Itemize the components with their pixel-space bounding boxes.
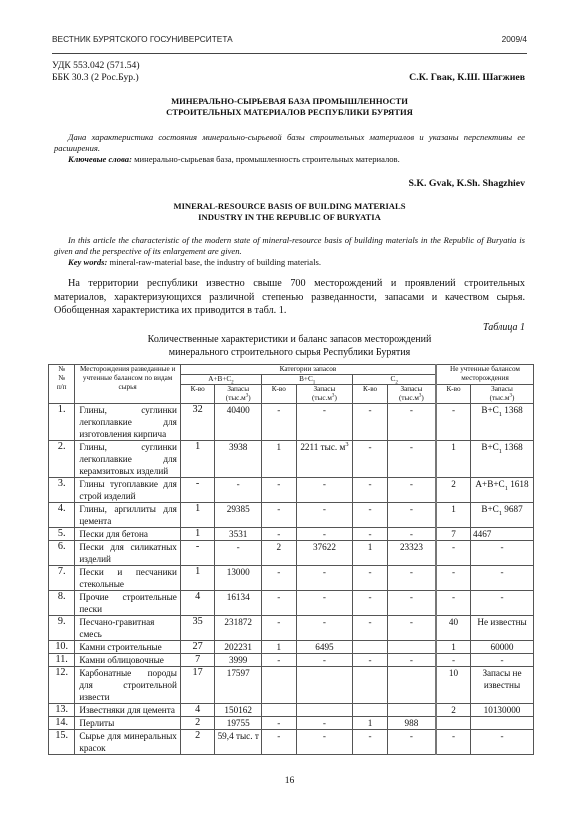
reserves-c2: - — [387, 730, 436, 755]
reserves-bc1: 6495 — [296, 641, 353, 654]
deposit-name: Известняки для цемента — [75, 704, 181, 717]
count-c2 — [353, 641, 387, 654]
reserves-c2 — [387, 704, 436, 717]
reserves-bc1: - — [296, 654, 353, 667]
count-not-counted: 1 — [436, 503, 470, 528]
header-count: К-во — [180, 385, 214, 404]
header-rule — [52, 53, 527, 54]
count-c2: - — [353, 441, 387, 478]
header-reserves: Запасы (тыс.м3) — [471, 385, 534, 404]
reserves-bc1: 37622 — [296, 541, 353, 566]
count-not-counted: - — [436, 404, 470, 441]
count-not-counted: - — [436, 541, 470, 566]
count-c2: - — [353, 404, 387, 441]
abstract-en-text: In this article the characteristic of th… — [54, 235, 525, 257]
table-row: 6.Пески для силикатных изделий--23762212… — [49, 541, 534, 566]
count-not-counted: 1 — [436, 641, 470, 654]
count-abc2: 1 — [180, 503, 214, 528]
deposit-name: Пески и песчаники стекольные — [75, 566, 181, 591]
title-ru: МИНЕРАЛЬНО-СЫРЬЕВАЯ БАЗА ПРОМЫШЛЕННОСТИ … — [0, 96, 579, 118]
abstract-en: In this article the characteristic of th… — [54, 235, 525, 268]
reserves-c2: - — [387, 404, 436, 441]
count-abc2: 4 — [180, 704, 214, 717]
reserves-bc1: - — [296, 478, 353, 503]
count-abc2: 4 — [180, 591, 214, 616]
count-c2 — [353, 667, 387, 704]
count-abc2: 1 — [180, 441, 214, 478]
keywords-ru-label: Ключевые слова: — [68, 154, 132, 164]
table-caption: Количественные характеристики и баланс з… — [0, 333, 579, 359]
count-not-counted: 1 — [436, 441, 470, 478]
reserves-abc2: - — [215, 541, 262, 566]
reserves-not-counted: 60000 — [471, 641, 534, 654]
table-row: 9.Песчано-гравитная смесь35231872----40Н… — [49, 616, 534, 641]
reserves-c2: - — [387, 616, 436, 641]
title-en: MINERAL-RESOURCE BASIS OF BUILDING MATER… — [0, 201, 579, 223]
reserves-abc2: 3999 — [215, 654, 262, 667]
reserves-c2: - — [387, 591, 436, 616]
count-not-counted: - — [436, 591, 470, 616]
table-row: 2.Глины, суглинки легкоплавкие для керам… — [49, 441, 534, 478]
title-en-line: MINERAL-RESOURCE BASIS OF BUILDING MATER… — [0, 201, 579, 212]
deposit-name: Пески для бетона — [75, 528, 181, 541]
row-number: 3. — [49, 478, 75, 503]
count-c2 — [353, 704, 387, 717]
keywords-ru-text: минерально-сырьевая база, промышленность… — [132, 154, 400, 164]
count-bc1: - — [262, 404, 296, 441]
count-not-counted — [436, 717, 470, 730]
header-deposits: Месторождения разведанные и учтенные бал… — [75, 365, 181, 404]
table-row: 12.Карбонатные породы для строительной и… — [49, 667, 534, 704]
table-caption-line: минерального строительного сырья Республ… — [0, 346, 579, 359]
header-cat-abc2: A+B+C2 — [180, 375, 261, 385]
deposit-name: Глины, суглинки легкоплавкие для керамзи… — [75, 441, 181, 478]
abstract-ru-text: Дана характеристика состояния минерально… — [54, 132, 525, 154]
row-number: 4. — [49, 503, 75, 528]
reserves-not-counted: - — [471, 654, 534, 667]
reserves-abc2: 17597 — [215, 667, 262, 704]
header-count: К-во — [353, 385, 387, 404]
authors-ru: С.К. Гвак, К.Ш. Шагжиев — [409, 72, 525, 83]
reserves-abc2: - — [215, 478, 262, 503]
reserves-not-counted: 10130000 — [471, 704, 534, 717]
table-row: 7.Пески и песчаники стекольные113000----… — [49, 566, 534, 591]
reserves-bc1: - — [296, 566, 353, 591]
keywords-en: Key words: mineral-raw-material base, th… — [54, 257, 525, 268]
keywords-en-text: mineral-raw-material base, the industry … — [107, 257, 321, 267]
reserves-not-counted: 4467 — [471, 528, 534, 541]
row-number: 10. — [49, 641, 75, 654]
table-row: 4.Глины, аргиллиты для цемента129385----… — [49, 503, 534, 528]
reserves-not-counted: - — [471, 591, 534, 616]
reserves-abc2: 3938 — [215, 441, 262, 478]
udk-code: УДК 553.042 (571.54) — [52, 60, 140, 72]
title-ru-line: МИНЕРАЛЬНО-СЫРЬЕВАЯ БАЗА ПРОМЫШЛЕННОСТИ — [0, 96, 579, 107]
reserves-c2: - — [387, 441, 436, 478]
row-number: 15. — [49, 730, 75, 755]
header-count: К-во — [262, 385, 296, 404]
count-bc1 — [262, 704, 296, 717]
bbk-code: ББК 30.3 (2 Рос.Бур.) — [52, 72, 140, 84]
reserves-not-counted: - — [471, 730, 534, 755]
count-bc1: - — [262, 591, 296, 616]
count-c2: - — [353, 591, 387, 616]
count-bc1: - — [262, 717, 296, 730]
row-number: 13. — [49, 704, 75, 717]
count-abc2: - — [180, 541, 214, 566]
row-number: 7. — [49, 566, 75, 591]
reserves-table: №№п/п Месторождения разведанные и учтенн… — [48, 364, 534, 755]
count-c2: 1 — [353, 717, 387, 730]
table-row: 5.Пески для бетона13531----74467 — [49, 528, 534, 541]
reserves-bc1: - — [296, 503, 353, 528]
reserves-abc2: 150162 — [215, 704, 262, 717]
header-not-counted: Не учтенные балансом месторождения — [436, 365, 533, 385]
count-abc2: 1 — [180, 566, 214, 591]
table-row: 15.Сырье для минеральных красок259,4 тыс… — [49, 730, 534, 755]
count-c2: - — [353, 654, 387, 667]
table-row: 14.Перлиты219755--1988 — [49, 717, 534, 730]
reserves-abc2: 13000 — [215, 566, 262, 591]
table-row: 11.Камни облицовочные73999------ — [49, 654, 534, 667]
row-number: 8. — [49, 591, 75, 616]
count-not-counted: 7 — [436, 528, 470, 541]
reserves-abc2: 19755 — [215, 717, 262, 730]
header-count: К-во — [436, 385, 470, 404]
reserves-bc1: - — [296, 591, 353, 616]
count-c2: - — [353, 528, 387, 541]
count-c2: - — [353, 730, 387, 755]
reserves-not-counted: B+C1 1368 — [471, 441, 534, 478]
count-bc1: - — [262, 730, 296, 755]
title-ru-line: СТРОИТЕЛЬНЫХ МАТЕРИАЛОВ РЕСПУБЛИКИ БУРЯТ… — [0, 107, 579, 118]
reserves-not-counted: B+C1 1368 — [471, 404, 534, 441]
header-reserves: Запасы (тыс.м3) — [296, 385, 353, 404]
reserves-bc1: - — [296, 404, 353, 441]
reserves-not-counted: Запасы не известны — [471, 667, 534, 704]
row-number: 5. — [49, 528, 75, 541]
reserves-abc2: 59,4 тыс. т — [215, 730, 262, 755]
reserves-bc1 — [296, 704, 353, 717]
count-bc1: 2 — [262, 541, 296, 566]
reserves-c2: - — [387, 503, 436, 528]
count-c2: 1 — [353, 541, 387, 566]
reserves-not-counted: A+B+C1 1618 — [471, 478, 534, 503]
count-bc1: - — [262, 654, 296, 667]
reserves-abc2: 3531 — [215, 528, 262, 541]
row-number: 6. — [49, 541, 75, 566]
count-abc2: 1 — [180, 528, 214, 541]
count-not-counted: 2 — [436, 478, 470, 503]
title-en-line: INDUSTRY IN THE REPUBLIC OF BURYATIA — [0, 212, 579, 223]
body-paragraph: На территории республики известно свыше … — [54, 277, 525, 318]
classification-codes: УДК 553.042 (571.54) ББК 30.3 (2 Рос.Бур… — [52, 60, 140, 84]
header-reserves: Запасы (тыс.м3) — [215, 385, 262, 404]
reserves-c2: - — [387, 654, 436, 667]
deposit-name: Сырье для минеральных красок — [75, 730, 181, 755]
count-c2: - — [353, 478, 387, 503]
reserves-c2: 23323 — [387, 541, 436, 566]
count-bc1 — [262, 667, 296, 704]
count-bc1: 1 — [262, 441, 296, 478]
deposit-name: Камни облицовочные — [75, 654, 181, 667]
deposit-name: Карбонатные породы для строительной изве… — [75, 667, 181, 704]
table-row: 8.Прочие строительные пески416134------ — [49, 591, 534, 616]
count-bc1: - — [262, 478, 296, 503]
reserves-abc2: 29385 — [215, 503, 262, 528]
count-not-counted: 10 — [436, 667, 470, 704]
header-cat-bc1: B+C1 — [262, 375, 353, 385]
reserves-not-counted: - — [471, 566, 534, 591]
reserves-bc1: - — [296, 717, 353, 730]
reserves-c2 — [387, 667, 436, 704]
reserves-not-counted: B+C1 9687 — [471, 503, 534, 528]
count-not-counted: 40 — [436, 616, 470, 641]
table-caption-line: Количественные характеристики и баланс з… — [0, 333, 579, 346]
reserves-not-counted: Не известны — [471, 616, 534, 641]
abstract-ru: Дана характеристика состояния минерально… — [54, 132, 525, 165]
reserves-abc2: 231872 — [215, 616, 262, 641]
count-bc1: - — [262, 566, 296, 591]
reserves-abc2: 16134 — [215, 591, 262, 616]
count-abc2: 7 — [180, 654, 214, 667]
count-not-counted: - — [436, 730, 470, 755]
row-number: 1. — [49, 404, 75, 441]
count-abc2: 27 — [180, 641, 214, 654]
authors-en: S.K. Gvak, K.Sh. Shagzhiev — [408, 178, 525, 189]
row-number: 14. — [49, 717, 75, 730]
header-reserves: Запасы (тыс.м3) — [387, 385, 436, 404]
deposit-name: Пески для силикатных изделий — [75, 541, 181, 566]
reserves-bc1: - — [296, 616, 353, 641]
count-not-counted: - — [436, 654, 470, 667]
deposit-name: Камни строительные — [75, 641, 181, 654]
deposit-name: Глины тугоплавкие для строй изделий — [75, 478, 181, 503]
count-c2: - — [353, 566, 387, 591]
reserves-c2: - — [387, 478, 436, 503]
count-bc1: - — [262, 616, 296, 641]
reserves-c2: - — [387, 528, 436, 541]
keywords-ru: Ключевые слова: минерально-сырьевая база… — [54, 154, 525, 165]
count-abc2: - — [180, 478, 214, 503]
reserves-bc1 — [296, 667, 353, 704]
deposit-name: Песчано-гравитная смесь — [75, 616, 181, 641]
count-c2: - — [353, 616, 387, 641]
row-number: 9. — [49, 616, 75, 641]
reserves-abc2: 40400 — [215, 404, 262, 441]
reserves-c2 — [387, 641, 436, 654]
reserves-bc1: - — [296, 730, 353, 755]
table-label: Таблица 1 — [483, 322, 525, 333]
deposit-name: Перлиты — [75, 717, 181, 730]
running-head: ВЕСТНИК БУРЯТСКОГО ГОСУНИВЕРСИТЕТА 2009/… — [52, 34, 527, 44]
reserves-bc1: 2211 тыс. м3 — [296, 441, 353, 478]
count-not-counted: 2 — [436, 704, 470, 717]
count-abc2: 35 — [180, 616, 214, 641]
journal-name: ВЕСТНИК БУРЯТСКОГО ГОСУНИВЕРСИТЕТА — [52, 34, 233, 44]
count-not-counted: - — [436, 566, 470, 591]
count-bc1: - — [262, 528, 296, 541]
count-abc2: 2 — [180, 717, 214, 730]
issue-number: 2009/4 — [502, 34, 527, 44]
table-row: 10.Камни строительные2720223116495160000 — [49, 641, 534, 654]
count-abc2: 32 — [180, 404, 214, 441]
deposit-name: Прочие строительные пески — [75, 591, 181, 616]
count-bc1: 1 — [262, 641, 296, 654]
reserves-abc2: 202231 — [215, 641, 262, 654]
header-num: №№п/п — [49, 365, 75, 404]
count-c2: - — [353, 503, 387, 528]
table-row: 1.Глины, суглинки легкоплавкие для изгот… — [49, 404, 534, 441]
row-number: 2. — [49, 441, 75, 478]
deposit-name: Глины, аргиллиты для цемента — [75, 503, 181, 528]
deposit-name: Глины, суглинки легкоплавкие для изготов… — [75, 404, 181, 441]
count-bc1: - — [262, 503, 296, 528]
reserves-not-counted — [471, 717, 534, 730]
reserves-bc1: - — [296, 528, 353, 541]
page-number: 16 — [0, 775, 579, 786]
reserves-c2: 988 — [387, 717, 436, 730]
count-abc2: 17 — [180, 667, 214, 704]
header-categories: Категории запасов — [180, 365, 436, 375]
table-row: 3.Глины тугоплавкие для строй изделий---… — [49, 478, 534, 503]
keywords-en-label: Key words: — [68, 257, 107, 267]
reserves-not-counted: - — [471, 541, 534, 566]
count-abc2: 2 — [180, 730, 214, 755]
header-cat-c2: C2 — [353, 375, 436, 385]
reserves-c2: - — [387, 566, 436, 591]
row-number: 11. — [49, 654, 75, 667]
row-number: 12. — [49, 667, 75, 704]
table-row: 13.Известняки для цемента415016221013000… — [49, 704, 534, 717]
